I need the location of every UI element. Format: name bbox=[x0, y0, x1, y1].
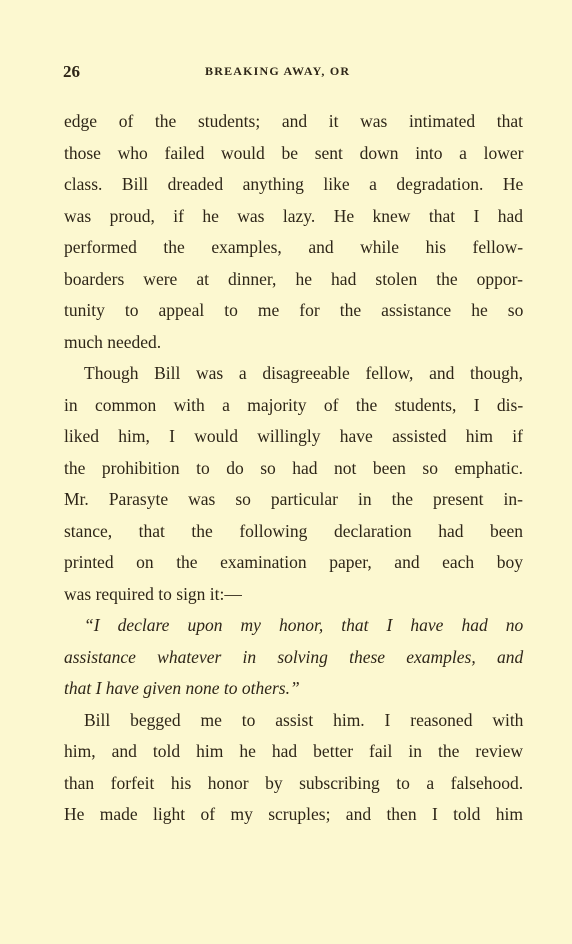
text-line: edge of the students; and it was intimat… bbox=[64, 106, 523, 138]
text-line: than forfeit his honor by subscribing to… bbox=[64, 768, 523, 800]
paragraph-start-line: Bill begged me to assist him. I reasoned… bbox=[64, 705, 523, 737]
text-line: boarders were at dinner, he had stolen t… bbox=[64, 264, 523, 296]
running-head: 26 BREAKING AWAY, OR bbox=[63, 62, 523, 84]
body-text: edge of the students; and it was intimat… bbox=[64, 106, 523, 831]
text-line: stance, that the following declaration h… bbox=[64, 516, 523, 548]
book-page: 26 BREAKING AWAY, OR edge of the student… bbox=[0, 0, 572, 944]
text-line: him, and told him he had better fail in … bbox=[64, 736, 523, 768]
declaration-quote-line: assistance whatever in solving these exa… bbox=[64, 642, 523, 674]
text-line: liked him, I would willingly have assist… bbox=[64, 421, 523, 453]
text-line: was required to sign it:— bbox=[64, 579, 523, 611]
text-line: class. Bill dreaded anything like a degr… bbox=[64, 169, 523, 201]
text-line: Mr. Parasyte was so particular in the pr… bbox=[64, 484, 523, 516]
running-title: BREAKING AWAY, OR bbox=[205, 64, 350, 79]
text-line: the prohibition to do so had not been so… bbox=[64, 453, 523, 485]
text-line: tunity to appeal to me for the assistanc… bbox=[64, 295, 523, 327]
text-line: performed the examples, and while his fe… bbox=[64, 232, 523, 264]
declaration-quote-line: that I have given none to others.” bbox=[64, 673, 523, 705]
text-line: He made light of my scruples; and then I… bbox=[64, 799, 523, 831]
declaration-quote-line: “I declare upon my honor, that I have ha… bbox=[64, 610, 523, 642]
text-line: in common with a majority of the student… bbox=[64, 390, 523, 422]
text-line: much needed. bbox=[64, 327, 523, 359]
paragraph-start-line: Though Bill was a disagreeable fellow, a… bbox=[64, 358, 523, 390]
text-line: those who failed would be sent down into… bbox=[64, 138, 523, 170]
page-number: 26 bbox=[63, 62, 80, 82]
text-line: was proud, if he was lazy. He knew that … bbox=[64, 201, 523, 233]
text-line: printed on the examination paper, and ea… bbox=[64, 547, 523, 579]
